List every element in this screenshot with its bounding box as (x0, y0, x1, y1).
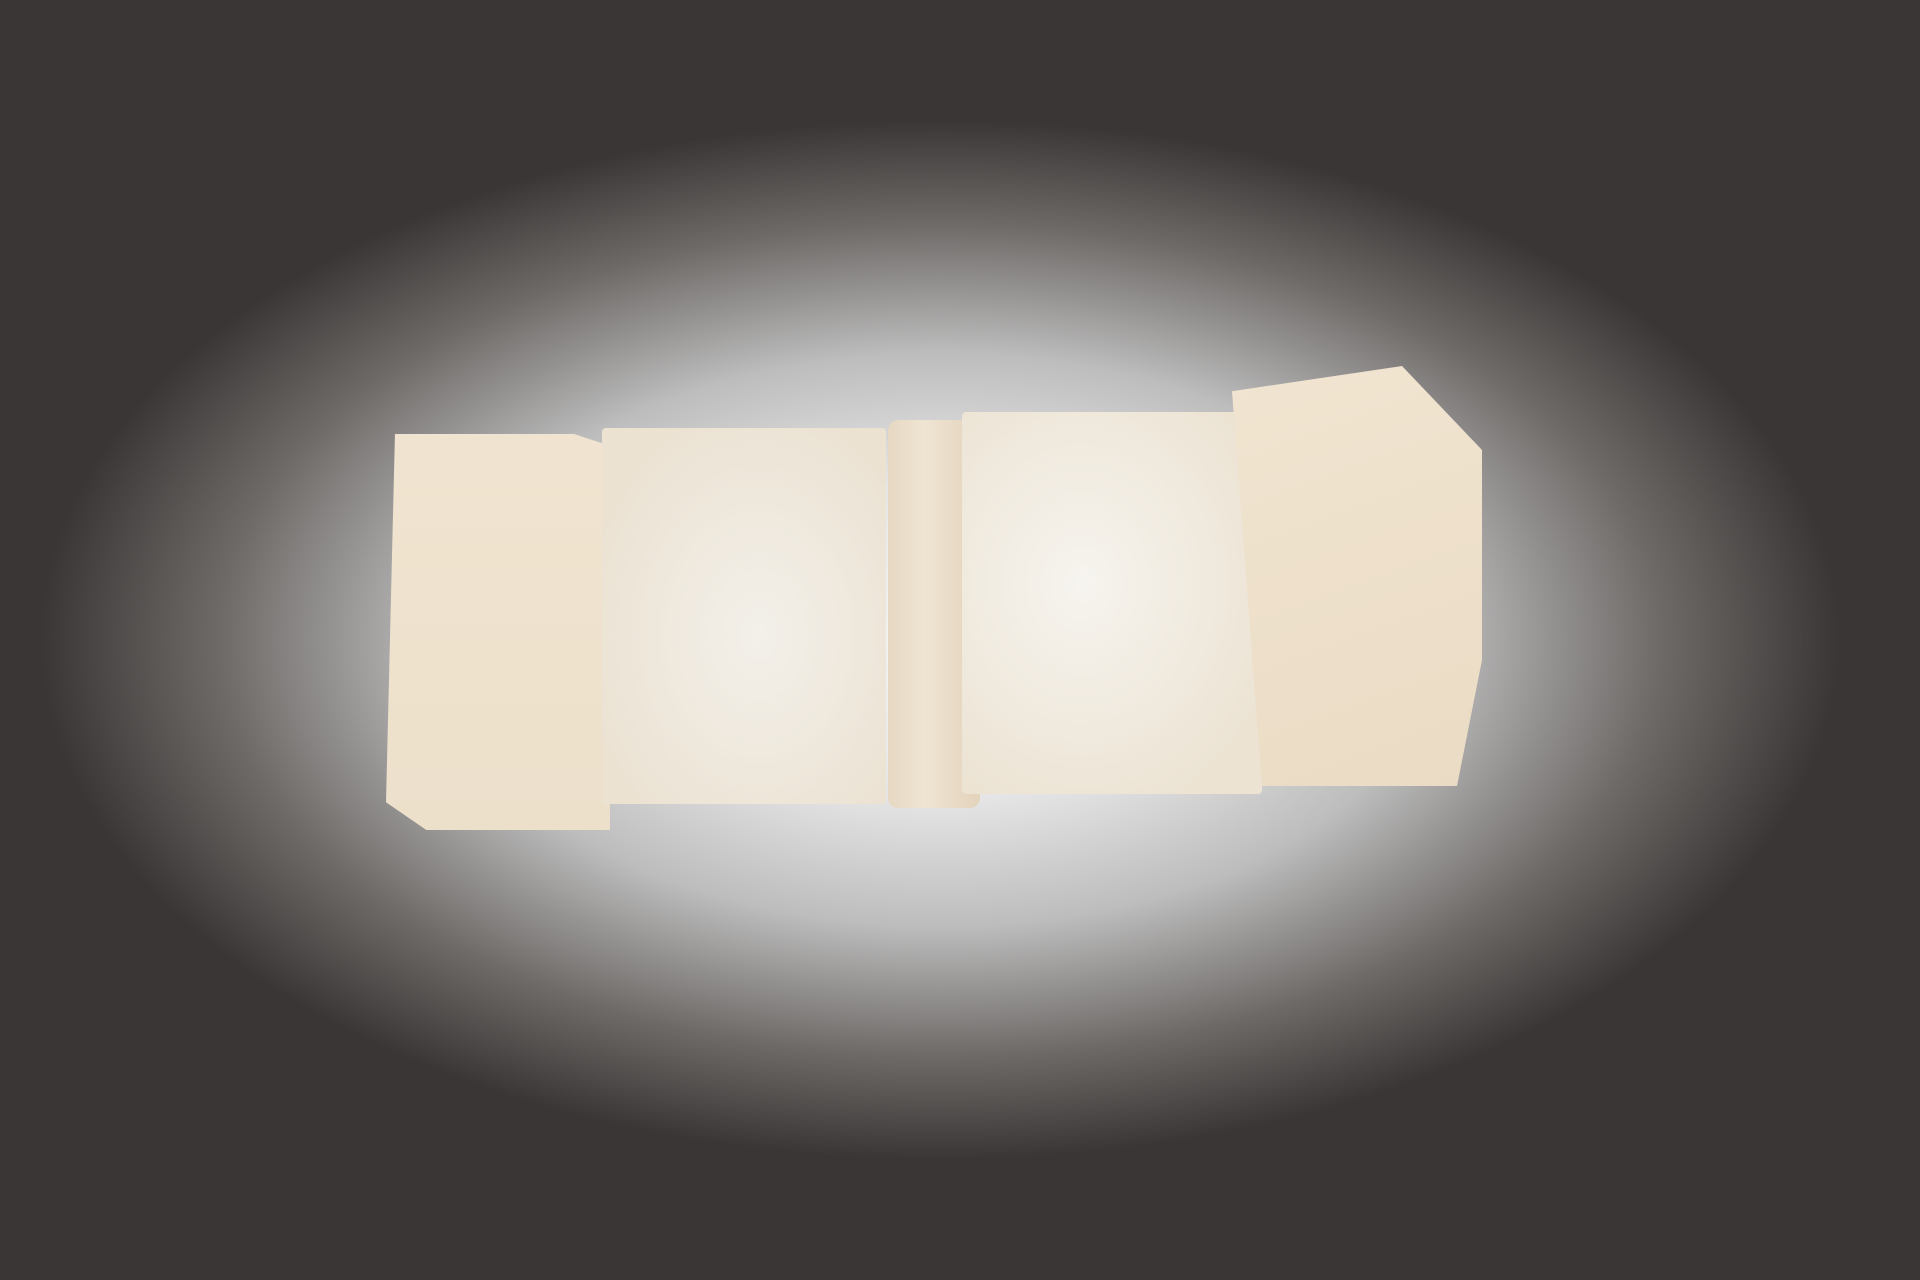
dust-jacket-back-inside (962, 412, 1262, 794)
dust-jacket-right-flap (1232, 366, 1482, 786)
dust-jacket-front-inside (602, 428, 886, 804)
dust-jacket-left-flap (386, 434, 610, 830)
